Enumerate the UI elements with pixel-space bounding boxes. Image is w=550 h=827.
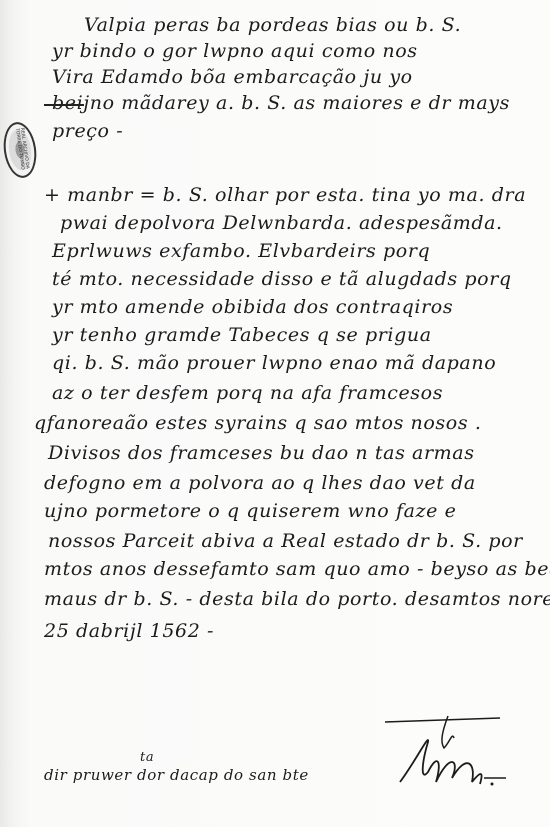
body-line-11: yr tenho gramde Tabeces q se prigua — [52, 324, 432, 346]
signature-flourish-icon — [380, 712, 520, 792]
body-line-3: Vira Edamdo bõa embarcação ju yo — [52, 66, 413, 88]
body-line-15: Divisos dos framceses bu dao n tas armas — [48, 442, 475, 464]
body-line-12: qi. b. S. mão prouer lwpno enao mã dapan… — [52, 352, 496, 374]
body-line-18: nossos Parceit abiva a Real estado dr b.… — [48, 530, 523, 552]
body-line-2: yr bindo o gor lwpno aqui como nos — [52, 40, 418, 62]
date-line: 25 dabrijl 1562 - — [44, 620, 214, 642]
signature-block: Mas Cortes - — [380, 712, 520, 792]
stamp-text: REAL ARCHIVO DA TORRE DO TOMBO — [13, 120, 31, 177]
body-line-19: mtos anos dessefamto sam quo amo - beyso… — [44, 558, 550, 580]
body-line-9: té mto. necessidade disso e tã alugdads … — [52, 268, 512, 290]
body-line-13: az o ter desfem porq na afa framcesos — [52, 382, 443, 404]
body-line-8: Eprlwuws exfambo. Elvbardeirs porq — [52, 240, 430, 262]
strikethrough-mark — [44, 104, 84, 106]
body-line-14: qfanoreaão estes syrains q sao mtos noso… — [34, 412, 481, 434]
body-line-1: Valpia peras ba pordeas bias ou b. S. — [84, 14, 461, 36]
body-line-6: + manbr = b. S. olhar por esta. tina yo … — [44, 184, 526, 206]
body-line-16: defogno em a polvora ao q lhes dao vet d… — [44, 472, 476, 494]
body-line-4: beijno mãdarey a. b. S. as maiores e dr … — [52, 92, 510, 114]
body-line-5: preço - — [52, 120, 123, 142]
subscription-line: dir pruwer dor dacap do san bte — [44, 766, 309, 784]
body-line-7: pwai depolvora Delwnbarda. adespesãmda. — [60, 212, 503, 234]
subscription-superscript: ta — [140, 750, 154, 765]
body-line-17: ujno pormetore o q quiserem wno faze e — [44, 500, 456, 522]
body-line-10: yr mto amende obibida dos contraqiros — [52, 296, 453, 318]
body-line-20: maus dr b. S. - desta bila do porto. des… — [44, 588, 550, 610]
